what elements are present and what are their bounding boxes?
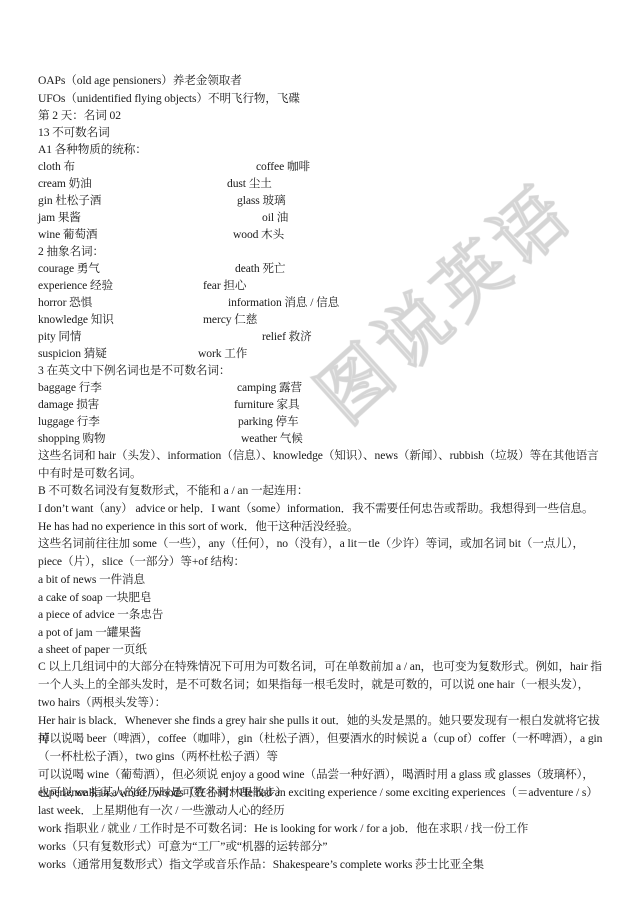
line-ufos: UFOs（unidentified flying objects）不明飞行物，飞… (38, 90, 300, 108)
example-8: works（只有复数形式）可意为“工厂”或“机器的运转部分” (38, 838, 327, 856)
list-item: a pot of jam 一罐果酱 (38, 624, 141, 642)
list-item: gin 杜松子酒glass 玻璃 (38, 192, 101, 210)
list-item: suspicion 猜疑work 工作 (38, 345, 107, 363)
note-paragraph-2: 这些名词前往往加 some（一些），any（任何），no（没有），a lit－t… (38, 535, 604, 571)
list-item: luggage 行李parking 停车 (38, 413, 100, 431)
section-13-heading: 13 不可数名词 (38, 124, 110, 142)
list-item: pity 同情relief 救济 (38, 328, 81, 346)
list-item: horror 恐惧information 消息 / 信息 (38, 294, 92, 312)
list-item: a piece of advice 一条忠告 (38, 606, 163, 624)
list-item: cloth 布coffee 咖啡 (38, 158, 75, 176)
list-item: shopping 购物weather 气候 (38, 430, 106, 448)
note-paragraph-1: 这些名词和 hair（头发）、information（信息）、knowledge… (38, 447, 604, 483)
list-item: a bit of news 一件消息 (38, 571, 145, 589)
list-item: a sheet of paper 一页纸 (38, 641, 147, 659)
document-page: 图说英语 OAPs（old age pensioners）养老金领取者 UFOs… (0, 0, 640, 905)
list-item: experience 经验fear 担心 (38, 277, 113, 295)
section-2-heading: 2 抽象名词： (38, 243, 104, 261)
list-item: cream 奶油dust 尘土 (38, 175, 92, 193)
section-c-paragraph: C 以上几组词中的大部分在特殊情况下可用为可数名词，可在单数前加 a / an，… (38, 658, 604, 712)
example-1: I don’t want（any） advice or help．I want（… (38, 500, 594, 518)
example-2: He has had no experience in this sort of… (38, 518, 359, 536)
list-item: wine 葡萄酒wood 木头 (38, 226, 97, 244)
example-9: works（通常用复数形式）指文学或音乐作品：Shakespeare’s com… (38, 856, 484, 874)
day-heading: 第 2 天：名词 02 (38, 107, 121, 125)
section-3-heading: 3 在英文中下例名词也是不可数名词： (38, 362, 230, 380)
section-a1-heading: A1 各种物质的统称： (38, 141, 147, 159)
list-item: a cake of soap 一块肥皂 (38, 589, 151, 607)
example-7: work 指职业 / 就业 / 工作时是不可数名词：He is looking … (38, 820, 528, 838)
list-item: jam 果酱oil 油 (38, 209, 81, 227)
list-item: courage 勇气death 死亡 (38, 260, 100, 278)
section-b-heading: B 不可数名词没有复数形式，不能和 a / an 一起连用： (38, 482, 308, 500)
list-item: baggage 行李camping 露营 (38, 379, 102, 397)
list-item: knowledge 知识mercy 仁慈 (38, 311, 114, 329)
line-oaps: OAPs（old age pensioners）养老金领取者 (38, 72, 242, 90)
example-4: 可以说喝 beer（啤酒），coffee（咖啡），gin（杜松子酒），但要酒水的… (38, 730, 604, 766)
list-item: damage 损害furniture 家具 (38, 396, 99, 414)
example-6: experience 指某人的经历时是可数名词：He had an exciti… (38, 784, 604, 820)
